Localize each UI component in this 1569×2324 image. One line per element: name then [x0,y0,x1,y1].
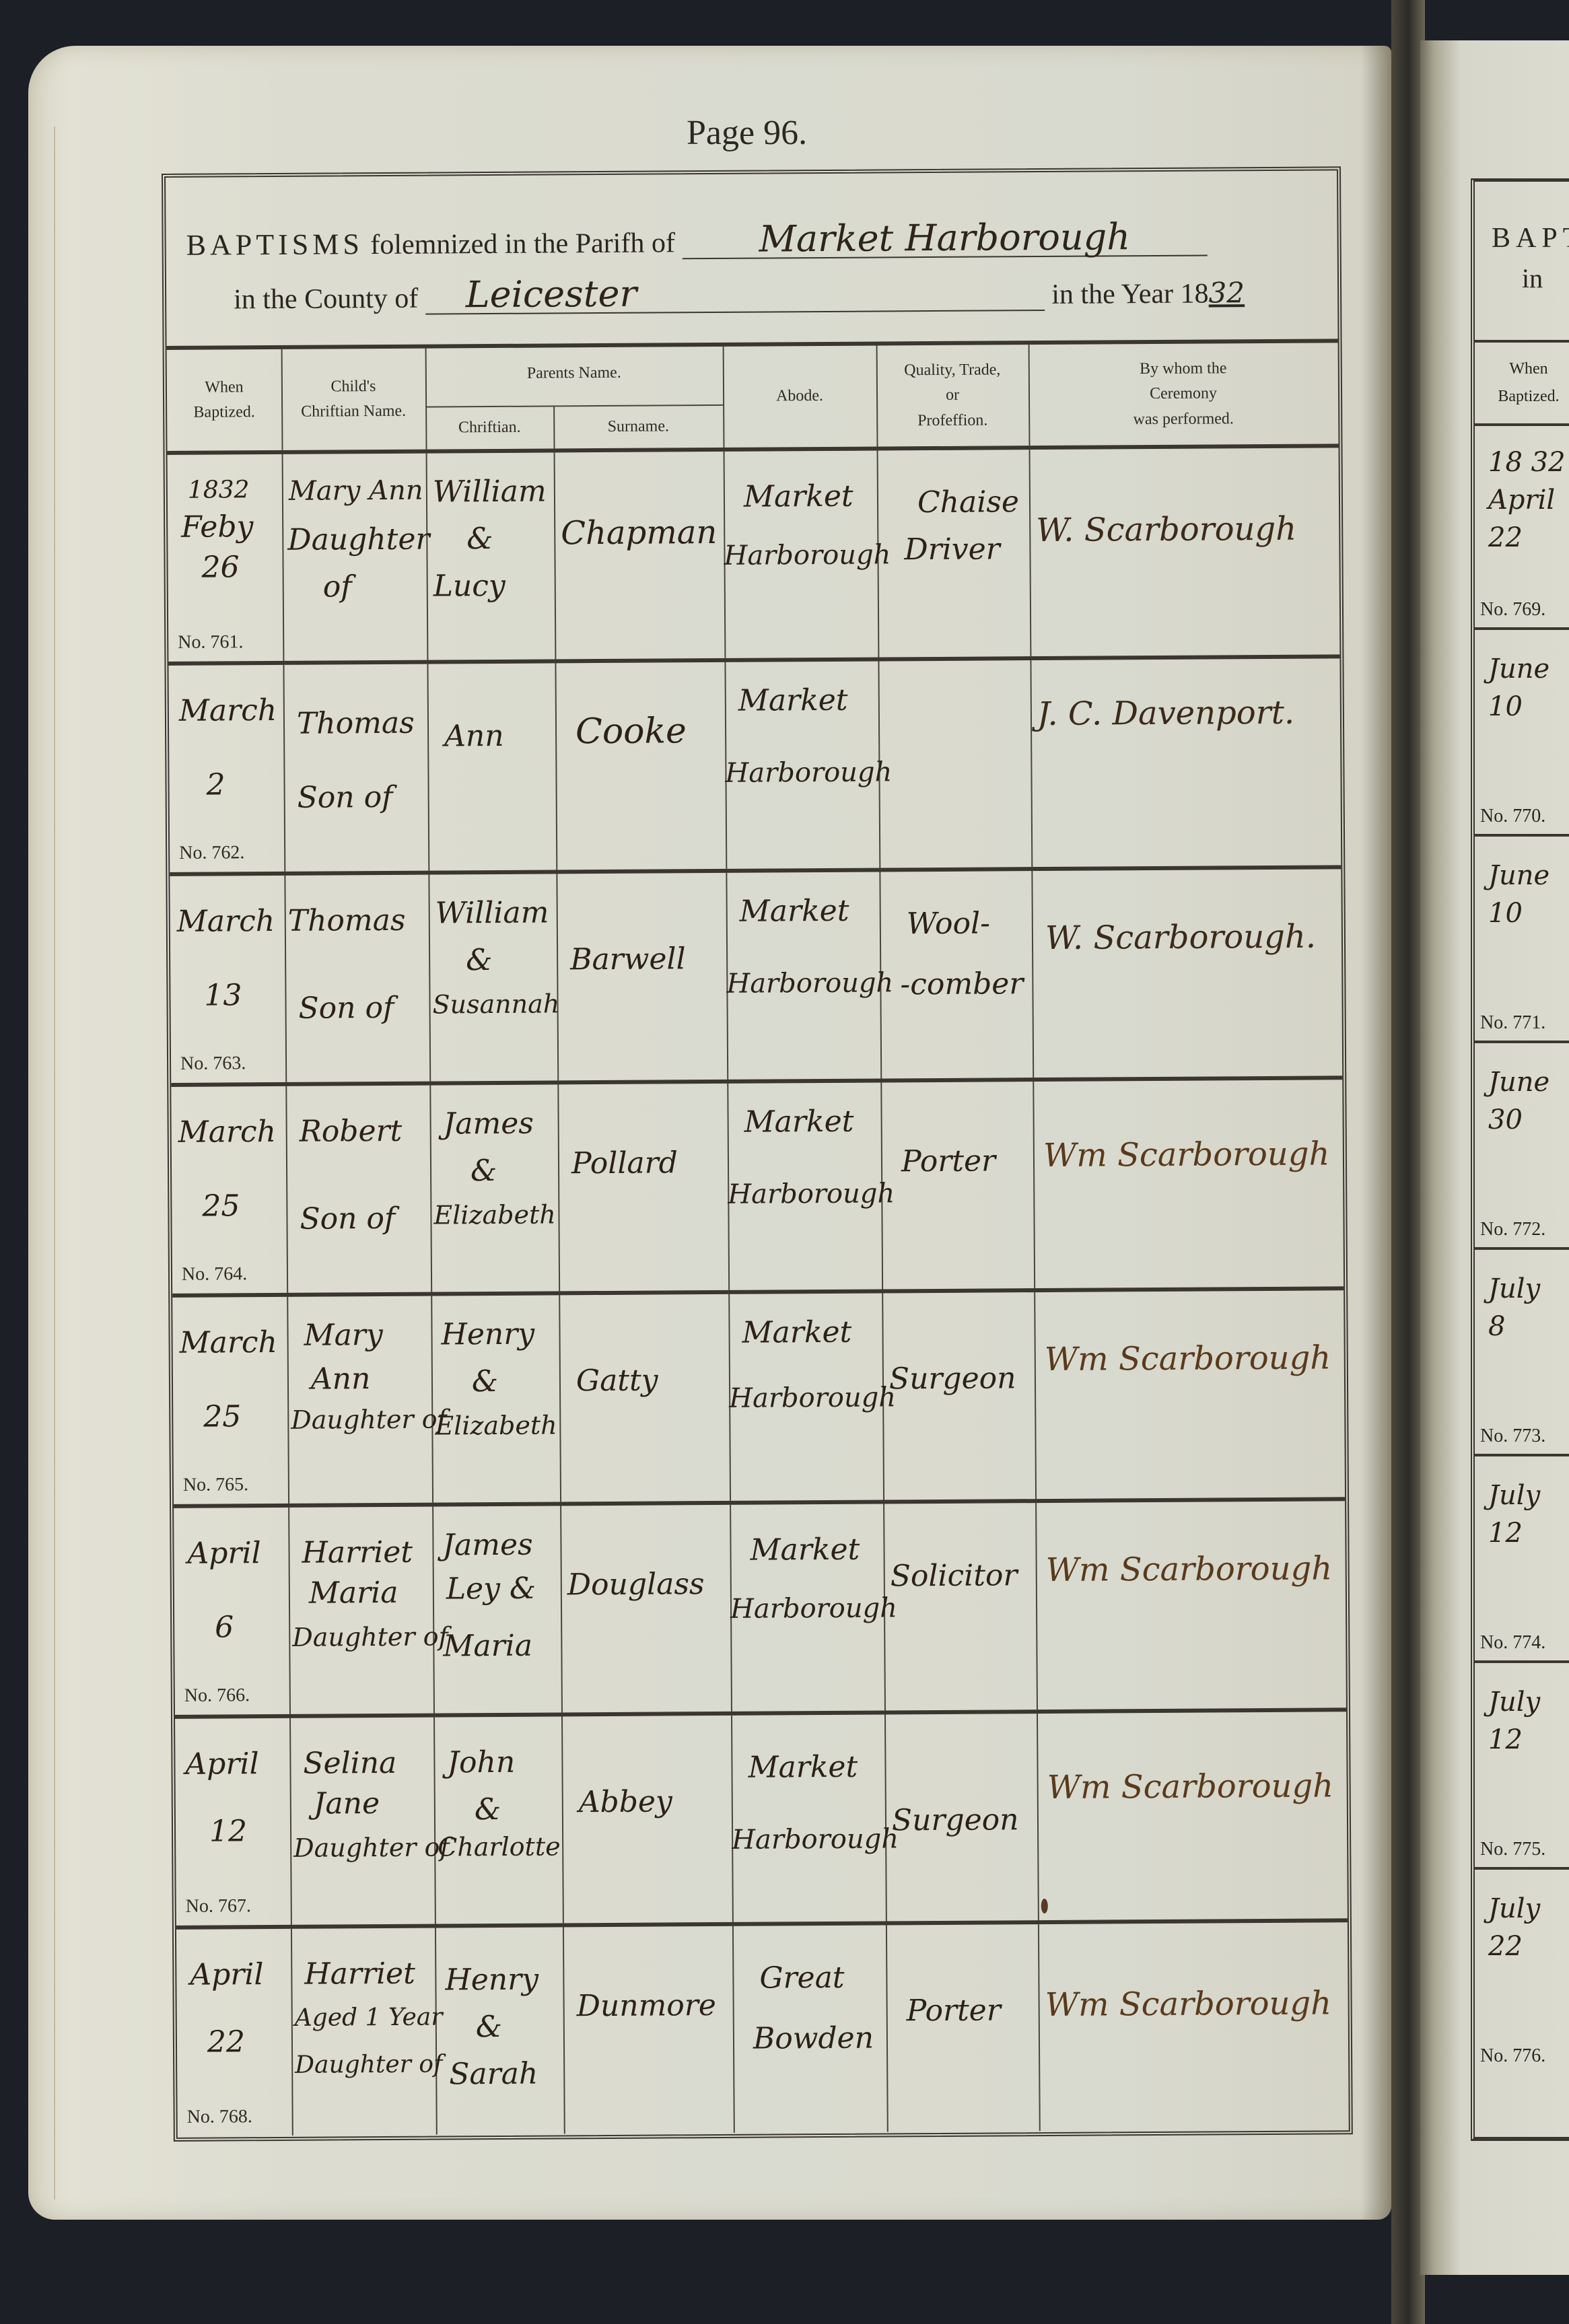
abode-line1: Market [750,1531,860,1569]
facing-row: July 22 No. 776. [1475,1870,1569,2074]
cell-abode: Market Harborough [724,661,880,868]
col-parents-sub: Chriftian. Surname. [425,404,723,450]
table-row: April 6 No. 766. Harriet Maria Daughter … [174,1501,1346,1719]
cell-officiant: Wm Scarborough [1034,1290,1345,1499]
date-day: 6 [215,1609,234,1646]
facing-row: 18 32 April 22 No. 769. [1475,423,1569,630]
cell-date: April 22 No. 768. [176,1929,293,2136]
cell-trade: Wool- -comber [879,871,1034,1078]
date-day: 2 [206,766,225,803]
cell-date: March 13 No. 763. [170,876,287,1083]
facing-row: July 8 No. 773. [1475,1250,1569,1456]
father-name: Henry [445,1961,538,1999]
col-parents-title: Parents Name. [425,360,723,387]
cell-abode: Market Harborough [724,451,880,658]
col-by-whom: By whom the Ceremony was performed. [1028,343,1339,446]
abode-line2: Harborough [724,538,891,573]
trade-line1: Surgeon [889,1360,1016,1397]
col-abode-label: Abode. [723,384,876,410]
cell-child: Harriet Aged 1 Year Daughter of [291,1928,438,2136]
cell-trade [878,660,1033,868]
facing-col-when-baptized: When Baptized. [1475,340,1569,426]
entry-number: No. 763. [180,1053,246,1075]
cell-parents-christian: Henry & Elizabeth [431,1295,561,1502]
cell-surname: Dunmore [563,1926,735,2134]
facing-date: June 30 [1488,1063,1549,1139]
baptism-register-table: BAPTISMS folemnized in the Parifh of Mar… [162,166,1353,2142]
abode-line2: Harborough [728,1176,895,1211]
abode-line1: Market [742,1314,851,1351]
child-name: Thomas [288,902,406,940]
facing-header-line2: in [1522,262,1543,294]
trade-line1: Porter [901,1142,996,1180]
table-row: April 12 No. 767. Selina Jane Daughter o… [175,1712,1348,1930]
mother-name: Susannah [432,988,559,1021]
cell-surname: Cooke [555,662,727,870]
child-relation: Daughter of [293,1831,450,1864]
col-parents-name: Parents Name. Chriftian. Surname. [425,347,725,450]
cell-child: Mary Ann Daughter of [287,1296,433,1504]
col-child-line2: Chriftian Name. [281,399,425,425]
entry-number: No. 766. [184,1685,250,1707]
cell-officiant: W. Scarborough [1029,448,1340,656]
cell-trade: Surgeon [884,1714,1039,1921]
facing-date: 18 32 April 22 [1488,444,1566,557]
date-month: April [190,1956,263,1994]
officiant-signature: W. Scarborough. [1045,917,1316,958]
facing-date: June 10 [1488,650,1549,726]
abode-line1: Market [744,478,853,516]
father-name: William [435,894,549,932]
header-year-label: in the Year 18 [1051,279,1209,310]
table-row: March 13 No. 763. Thomas Son of William … [170,869,1342,1087]
date-month: March [178,1113,277,1151]
cell-trade: Solicitor [883,1503,1038,1710]
cell-trade: Chaise Driver [877,450,1032,657]
abode-line2: Harborough [732,1822,899,1857]
abode-line1: Great [759,1959,844,1997]
table-row: March 2 No. 762. Thomas Son of Ann Cooke… [168,658,1341,876]
col-surname: Surname. [553,406,723,449]
child-relation: Son of [298,779,393,816]
child-name: Mary Ann [289,474,423,508]
facing-date: July 12 [1488,1683,1540,1759]
cell-child: Robert Son of [285,1086,432,1293]
header-line-county: in the County of Leicester in the Year 1… [234,272,1245,316]
cell-child: Harriet Maria Daughter of [288,1507,435,1714]
column-headers: When Baptized. Child's Chriftian Name. P… [167,343,1339,455]
col-when-line1: When [167,375,281,400]
mother-name: Elizabeth [435,1409,557,1442]
trade-line1: Chaise [917,483,1019,521]
mother-name: Elizabeth [433,1199,556,1232]
surname: Gatty [576,1362,658,1400]
cell-trade: Porter [880,1082,1035,1289]
col-quality-line2: or [876,383,1028,409]
entry-number: No. 762. [179,842,244,864]
facing-date: July 22 [1488,1890,1540,1965]
child-relation: Son of [298,989,394,1027]
date-month: April [185,1745,258,1783]
facing-col-line1: When [1475,355,1569,383]
surname: Cooke [576,709,687,754]
child-name: Thomas [297,705,415,742]
cell-child: Mary Ann Daughter of [282,454,429,661]
father-name: William [433,473,547,511]
surname: Douglass [567,1565,705,1603]
child-relation: Daughter [287,521,429,559]
officiant-signature: Wm Scarborough [1047,1765,1333,1808]
col-child-line1: Child's [281,374,425,399]
entry-number: No. 761. [178,631,243,654]
facing-row: June 10 No. 770. [1475,630,1569,837]
child-name: Selina [303,1745,396,1782]
cell-abode: Market Harborough [726,872,882,1079]
cell-date: March 25 No. 764. [171,1086,288,1294]
cell-abode: Great Bowden [732,1925,888,2132]
child-relation: Son of [300,1200,395,1238]
facing-header-title: BAPT [1492,222,1569,254]
date-day: 22 [207,2023,245,2060]
cell-date: March 25 No. 765. [172,1297,289,1504]
cell-abode: Market Harborough [728,1293,884,1500]
cell-parents-christian: John & Charlotte [433,1716,564,1924]
cell-surname: Douglass [560,1505,732,1713]
facing-date: July 8 [1488,1270,1540,1345]
page-edge [54,127,65,2199]
col-quality-line3: Profeffion. [876,408,1028,434]
officiant-signature: Wm Scarborough [1043,1133,1330,1176]
date-month: March [177,903,275,940]
date-day: 12 [209,1812,247,1850]
officiant-signature: W. Scarborough [1036,509,1296,551]
page-number: Page 96. [687,113,807,153]
abode-line2: Harborough [730,1591,897,1626]
facing-entry-number: No. 773. [1480,1425,1545,1447]
cell-parents-christian: William & Lucy [426,452,557,660]
surname: Abbey [579,1783,672,1821]
col-when-line2: Baptized. [167,400,281,425]
cell-surname: Barwell [556,873,728,1081]
cell-parents-christian: William & Susannah [428,874,559,1081]
father-name: James [442,1526,533,1564]
cell-officiant: Wm Scarborough [1037,1712,1348,1920]
facing-entry-number: No. 774. [1480,1632,1545,1654]
col-by-whom-line1: By whom the [1028,356,1338,383]
table-row: March 25 No. 765. Mary Ann Daughter of H… [172,1290,1345,1508]
col-christian: Chriftian. [425,407,555,449]
father-middle-name: Ley & [446,1570,536,1608]
child-middle-name: Jane [314,1785,380,1823]
col-quality: Quality, Trade, or Profeffion. [876,345,1031,446]
header-parish-label: folemnized in the Parifh of [370,227,675,260]
trade-line1: Wool- [907,905,991,943]
col-by-whom-line3: was performed. [1028,406,1338,433]
header-county-label: in the County of [234,283,418,316]
entry-number: No. 767. [186,1895,251,1917]
abode-line2: Harborough [725,755,892,790]
child-middle-name: Maria [309,1574,398,1612]
ink-blot [1041,1899,1048,1913]
facing-page-table: BAPT in When Baptized. 18 32 April 22 No… [1471,178,1569,2141]
cell-abode: Market Harborough [730,1504,886,1711]
register-header: BAPTISMS folemnized in the Parifh of Mar… [166,170,1338,350]
officiant-signature: J. C. Davenport. [1037,693,1295,734]
cell-child: Thomas Son of [283,664,429,872]
facing-entry-number: No. 776. [1480,2045,1545,2067]
parents-ampersand: & [476,2008,503,2045]
register-entries: 1832 Feby 26 No. 761. Mary Ann Daughter … [168,448,1349,2138]
facing-entry-number: No. 775. [1480,1839,1545,1860]
col-abode: Abode. [723,346,878,448]
facing-entry-number: No. 769. [1480,599,1545,621]
cell-child: Thomas Son of [284,875,431,1082]
header-line-parish: BAPTISMS folemnized in the Parifh of Mar… [186,219,1207,262]
child-name: Harriet [302,1534,413,1572]
date-day: 26 [201,549,239,586]
cell-date: 1832 Feby 26 No. 761. [168,454,285,662]
trade-line1: Surgeon [892,1801,1019,1839]
cell-surname: Abbey [561,1716,734,1924]
facing-row: June 30 No. 772. [1475,1043,1569,1250]
parents-ampersand: & [466,520,493,557]
entry-number: No. 768. [187,2106,252,2128]
child-relation: Daughter of [295,2049,442,2080]
facing-entry-number: No. 771. [1480,1012,1545,1034]
cell-officiant: Wm Scarborough [1033,1080,1344,1288]
parents-ampersand: & [470,1152,497,1189]
date-day: 25 [203,1398,241,1435]
child-name: Robert [300,1113,403,1150]
child-name: Harriet [304,1955,415,1993]
table-row: March 25 No. 764. Robert Son of James & … [171,1080,1344,1298]
father-name: James [443,1105,534,1143]
table-row: 1832 Feby 26 No. 761. Mary Ann Daughter … [168,448,1340,666]
officiant-signature: Wm Scarborough [1045,1337,1331,1380]
cell-trade: Porter [886,1924,1041,2132]
abode-line1: Market [748,1749,858,1786]
date-month: April [187,1535,260,1572]
col-by-whom-line2: Ceremony [1028,381,1338,408]
mother-name: Maria [443,1627,532,1665]
parents-ampersand: & [475,1791,501,1828]
trade-line1: Porter [907,1992,1001,2029]
surname: Barwell [570,940,686,978]
child-relation: Daughter of [291,1403,447,1436]
abode-line1: Market [740,892,849,930]
cell-child: Selina Jane Daughter of [289,1718,436,1925]
parents-ampersand: & [472,1363,499,1400]
parents-ampersand: & [466,942,493,979]
county-field: Leicester [425,273,1045,315]
cell-officiant: Wm Scarborough [1035,1501,1346,1710]
cell-abode: Market Harborough [727,1082,883,1290]
abode-line2: Harborough [729,1380,896,1415]
mother-name: Lucy [433,567,505,605]
mother-name: Ann [444,717,504,755]
abode-line1: Market [738,682,848,719]
abode-line1: Market [744,1103,853,1141]
facing-row: July 12 No. 775. [1475,1663,1569,1870]
cell-parents-christian: James & Elizabeth [429,1084,560,1292]
cell-officiant: J. C. Davenport. [1030,658,1341,867]
facing-row: June 10 No. 771. [1475,837,1569,1043]
child-middle-name: Ann [311,1360,371,1398]
cell-date: April 12 No. 767. [175,1718,292,1926]
col-when-baptized: When Baptized. [167,349,283,451]
parish-field: Market Harborough [682,219,1207,260]
cell-surname: Chapman [554,452,726,660]
date-month: March [179,692,277,730]
surname: Dunmore [576,1987,716,2024]
abode-line2: Bowden [753,2020,874,2057]
header-title: BAPTISMS [186,227,363,262]
entry-number: No. 764. [182,1263,247,1286]
date-year: 1832 [188,474,250,505]
cell-officiant: Wm Scarborough [1038,1922,1349,2131]
cell-abode: Market Harborough [731,1714,887,1922]
trade-line2: -comber [900,965,1023,1003]
cell-parents-christian: Henry & Sarah [435,1927,565,2134]
trade-line2: Driver [904,530,1000,568]
facing-date: July 12 [1488,1477,1540,1552]
facing-col-line2: Baptized. [1475,383,1569,411]
child-age: Aged 1 Year [295,2002,443,2033]
cell-trade: Surgeon [882,1292,1037,1500]
facing-row: July 12 No. 774. [1475,1456,1569,1663]
officiant-signature: Wm Scarborough [1046,1548,1333,1590]
facing-date: June 10 [1488,857,1549,932]
cell-date: April 6 No. 766. [174,1508,291,1715]
cell-parents-christian: Ann [427,663,557,870]
mother-name: Charlotte [438,1831,561,1864]
year-field: 32 [1208,276,1245,309]
surname: Chapman [561,512,717,553]
child-name: Mary [304,1316,383,1354]
facing-entry-number: No. 772. [1480,1219,1545,1240]
table-row: April 22 No. 768. Harriet Aged 1 Year Da… [176,1922,1349,2136]
trade-line1: Solicitor [891,1557,1018,1594]
father-name: John [447,1744,515,1782]
mother-name: Sarah [449,2055,538,2093]
date-month: March [179,1324,277,1362]
cell-surname: Gatty [559,1294,731,1502]
facing-entry-number: No. 770. [1480,806,1545,827]
cell-parents-christian: James Ley & Maria [432,1506,563,1713]
child-relation: Daughter of [292,1621,448,1654]
father-name: Henry [441,1316,534,1353]
entry-number: No. 765. [183,1474,248,1496]
officiant-signature: Wm Scarborough [1045,1983,1331,2025]
cell-date: March 2 No. 762. [168,665,285,872]
child-relation-of: of [323,568,352,605]
cell-officiant: W. Scarborough. [1031,869,1342,1078]
abode-line2: Harborough [726,966,893,1001]
col-child-name: Child's Chriftian Name. [281,349,427,450]
date-day: 25 [202,1187,240,1224]
col-quality-line1: Quality, Trade, [876,357,1028,384]
date-month: Feby [181,508,254,546]
cell-surname: Pollard [557,1084,730,1292]
date-day: 13 [204,977,242,1014]
surname: Pollard [571,1144,678,1182]
